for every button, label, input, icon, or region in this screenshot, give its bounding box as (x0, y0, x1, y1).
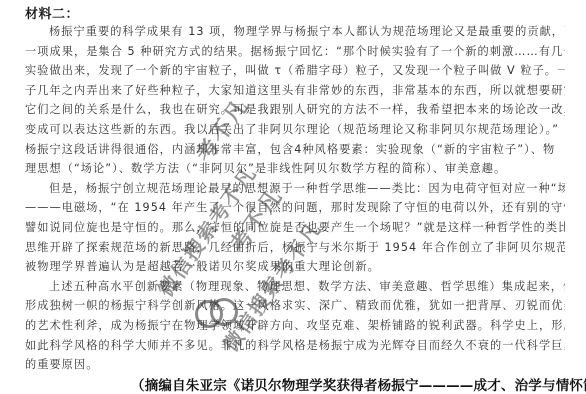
text-line: 一项成果，是集合 5 种研究方式的结果。据杨振宁回忆：“那个时候实验有了一个新的… (25, 42, 565, 62)
text-line: 但是，杨振宁创立规范场理论最早的思想源于一种哲学思维——类比：因为电荷守恒对应一… (25, 179, 565, 199)
text-line: 形成独树一帜的杨振宁科学创新风格。这一风格求实、深广、精致而优雅，犹如一把背厚、… (25, 296, 565, 316)
text-line: 杨振宁重要的科学成果有 13 项，物理学界与杨振宁本人都认为规范场理论又是最重要… (25, 22, 565, 42)
text-line: 子几年之内弄出来了好些种粒子，大家知道这里头有非常妙的东西，非常基本的东西，所以… (25, 81, 565, 101)
text-line: 譬如说同位旋也是守恒的。那么，守恒的同位旋是否也要产生一个场呢？”就是这样一种哲… (25, 218, 565, 238)
text-line: ———电磁场，“在 1954 年产生了一个很自然的问题，那时发现除了守恒的电荷以… (25, 198, 565, 218)
text-line: 被物理学界普遍认为是超越若一般诺贝尔奖成果的重大理论创新。 (25, 257, 565, 277)
text-line: 实验做出来，发现了一个新的宇宙粒子，叫做 τ（希腊字母）粒子，又发现一个粒子叫做… (25, 61, 565, 81)
text-line: 理思想（“场论”）、数学方法（“非阿贝尔”是非线性阿贝尔数学方程的简称）、审美意… (25, 159, 565, 179)
text-line: 杨振宁这段话讲得很通俗，内涵却非常丰富，包含4种风格要素：实验现象（“新的宇宙粒… (25, 140, 565, 160)
document-page: 材料二： 杨振宁重要的科学成果有 13 项，物理学界与杨振宁本人都认为规范场理论… (0, 0, 586, 394)
text-line: 如此科学风格的科学大师并不多见。非凡的科学风格是杨振宁成为光辉夺目而经久不衰的一… (25, 336, 565, 356)
text-line: 思维开辟了探索规范场的新思路，几经曲折后，杨振宁与米尔斯于 1954 年合作创立… (25, 238, 565, 258)
text-line: 它们之间的关系是什么，我也在研究。可是我跟别人研究的方法不一样，我希望把本来的场… (25, 100, 565, 120)
text-line: 的重要原因。 (25, 355, 565, 375)
watermark-logo-icon (210, 298, 238, 326)
text-line: 变成可以表达这些新的东西。我以后关出了非阿贝尔理论（规范场理论又称非阿贝尔规范场… (25, 120, 565, 140)
source-citation: （摘编自朱亚宗《诺贝尔物理学奖获得者杨振宁————成才、治学与情怀简论》） (131, 374, 586, 394)
section-heading: 材料二： (25, 3, 79, 22)
document-body: 杨振宁重要的科学成果有 13 项，物理学界与杨振宁本人都认为规范场理论又是最重要… (25, 22, 565, 375)
text-line: 上述五种高水平创新要素（物理现象、物理思想、数学方法、审美意趣、哲学思维）集成起… (25, 277, 565, 297)
text-line: 的艺术性利斧，成为杨振宁在物理学领域开辟方向、攻坚克难、架桥铺路的锐利武器。科学… (25, 316, 565, 336)
